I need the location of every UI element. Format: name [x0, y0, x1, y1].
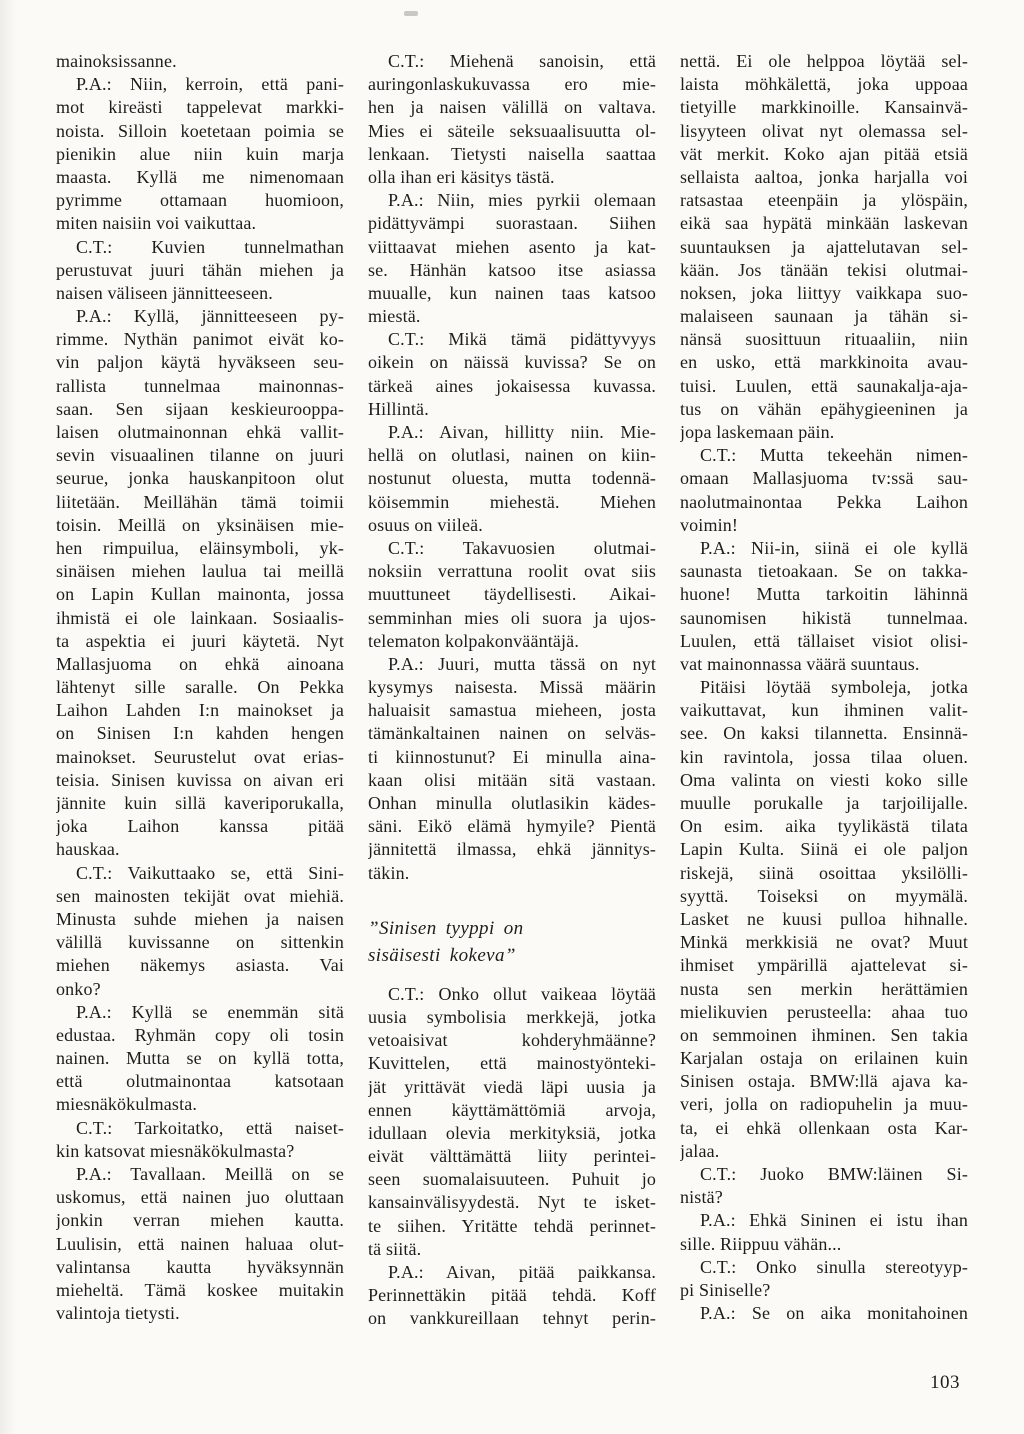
text-line: suuntauksen ja ajattelutavan sel-: [680, 236, 968, 259]
text-line: haluaisit samastua mieheen, josta: [368, 699, 656, 722]
text-line: hellä on olutlasi, nainen on kiin-: [368, 444, 656, 467]
text-line: kysymys naisesta. Missä määrin: [368, 676, 656, 699]
text-line: vaikuttavat, kun ihminen valit-: [680, 699, 968, 722]
text-line: pidättyvämpi suorastaan. Siihen: [368, 212, 656, 235]
text-line: syyttä. Toiseksi on myymälä.: [680, 885, 968, 908]
text-column-2: C.T.: Miehenä sanoisin, ettäauringonlask…: [368, 50, 656, 1331]
text-line: C.T.: Vaikuttaako se, että Sini-: [56, 862, 344, 885]
text-line: jonkin verran miehen kautta.: [56, 1209, 344, 1232]
text-line: että olutmainontaa katsotaan: [56, 1070, 344, 1093]
text-line: sinäisen miehen laulua tai meillä: [56, 560, 344, 583]
page-number: 103: [930, 1372, 960, 1394]
text-line: sen mainosten tekijät ovat miehiä.: [56, 885, 344, 908]
text-line: pi Siniselle?: [680, 1279, 968, 1302]
text-line: On esim. aika tyylikästä tilata: [680, 815, 968, 838]
text-line: vetoaisivat kohderyhmäänne?: [368, 1029, 656, 1052]
text-line: ihmiset ympärillä ajattelevat si-: [680, 954, 968, 977]
text-line: maasta. Kyllä me nimenomaan: [56, 166, 344, 189]
text-line: kansainvälisyydestä. Nyt te isket-: [368, 1191, 656, 1214]
text-line: tietyille markkinoille. Kansainvä-: [680, 96, 968, 119]
text-line: on vankkureillaan tehnyt perin-: [368, 1307, 656, 1330]
text-line: uskomus, että nainen juo oluttaan: [56, 1186, 344, 1209]
text-line: Pitäisi löytää symboleja, jotka: [680, 676, 968, 699]
text-line: te siihen. Yritätte tehdä perinnet-: [368, 1215, 656, 1238]
text-line: viittaavat miehen asento ja kat-: [368, 236, 656, 259]
text-line: edustaa. Ryhmän copy oli tosin: [56, 1024, 344, 1047]
text-line: jopa laskemaan päin.: [680, 421, 968, 444]
text-line: jalaa.: [680, 1140, 968, 1163]
text-line: omaan Mallasjuoma tv:ssä sau-: [680, 467, 968, 490]
text-line: huone! Mutta tarkoitin lähinnä: [680, 583, 968, 606]
text-line: Karjalan ostaja on erilainen kuin: [680, 1047, 968, 1070]
text-line: laista möhkälettä, joka uppoaa: [680, 73, 968, 96]
text-line: naisen väliseen jännitteeseen.: [56, 282, 344, 305]
text-line: C.T.: Onko sinulla stereotyyp-: [680, 1256, 968, 1279]
text-line: kään. Jos tänään tekisi olutmai-: [680, 259, 968, 282]
text-line: Perinnettäkin pitää tehdä. Koff: [368, 1284, 656, 1307]
text-line: semminhan mies oli suora ja ujos-: [368, 607, 656, 630]
text-line: Onhan minulla olutlasikin kädes-: [368, 792, 656, 815]
text-line: noista. Silloin koetetaan poimia se: [56, 120, 344, 143]
text-line: P.A.: Tavallaan. Meillä on se: [56, 1163, 344, 1186]
text-line: P.A.: Aivan, pitää paikkansa.: [368, 1261, 656, 1284]
text-line: auringonlaskukuvassa ero mie-: [368, 73, 656, 96]
text-line: C.T.: Tarkoitatko, että naiset-: [56, 1117, 344, 1140]
text-line: P.A.: Ehkä Sininen ei istu ihan: [680, 1209, 968, 1232]
text-line: jännite kuin sillä kaveriporukalla,: [56, 792, 344, 815]
text-line: C.T.: Miehenä sanoisin, että: [368, 50, 656, 73]
text-line: tuisi. Luulen, että saunakalja-aja-: [680, 375, 968, 398]
text-line: C.T.: Kuvien tunnelmathan: [56, 236, 344, 259]
text-line: pienikin alue niin kuin marja: [56, 143, 344, 166]
text-line: olla ihan eri käsitys tästä.: [368, 166, 656, 189]
text-line: perustuvat juuri tähän miehen ja: [56, 259, 344, 282]
text-line: saunasta tietoakaan. Se on takka-: [680, 560, 968, 583]
text-line: vat mainonnassa väärä suuntaus.: [680, 653, 968, 676]
pull-quote-line: ”Sinisen tyyppi on: [368, 915, 656, 942]
text-line: miehen näkemys asiasta. Vai: [56, 954, 344, 977]
text-line: P.A.: Nii-in, siinä ei ole kyllä: [680, 537, 968, 560]
text-line: C.T.: Mutta tekeehän nimen-: [680, 444, 968, 467]
text-line: mot kireästi tappelevat markki-: [56, 96, 344, 119]
magazine-page: mainoksissanne.P.A.: Niin, kerroin, että…: [0, 0, 1024, 1434]
text-line: sevin visuaalinen tilanne on juuri: [56, 444, 344, 467]
text-line: Luulen, että tällaiset visiot olisi-: [680, 630, 968, 653]
text-line: mielikuvien perusteella: ahaa tuo: [680, 1001, 968, 1024]
text-line: valintoja tietysti.: [56, 1302, 344, 1325]
text-line: Minkä merkkisiä ne ovat? Muut: [680, 931, 968, 954]
text-line: saunomisen hikistä tunnelmaa.: [680, 607, 968, 630]
text-line: noksiin verrattuna roolit ovat siis: [368, 560, 656, 583]
text-column-1: mainoksissanne.P.A.: Niin, kerroin, että…: [56, 50, 344, 1331]
text-line: on Sinisen I:n kahden hengen: [56, 722, 344, 745]
text-line: nistä?: [680, 1186, 968, 1209]
text-line: see. On kaksi tilannetta. Ensinnä-: [680, 722, 968, 745]
text-line: ti kiinnostunut? Ei minulla aina-: [368, 746, 656, 769]
text-line: lähtenyt sille saralle. On Pekka: [56, 676, 344, 699]
text-line: Sinisen ostaja. BMW:llä ajava ka-: [680, 1070, 968, 1093]
text-line: miestä.: [368, 305, 656, 328]
text-line: Hillintä.: [368, 398, 656, 421]
pull-quote-line: sisäisesti kokeva”: [368, 942, 656, 969]
text-line: joka Laihon kanssa pitää: [56, 815, 344, 838]
text-line: C.T.: Mikä tämä pidättyvyys: [368, 328, 656, 351]
text-line: nostunut oluesta, mutta todennä-: [368, 467, 656, 490]
text-line: Minusta suhde miehen ja naisen: [56, 908, 344, 931]
text-line: C.T.: Takavuosien olutmai-: [368, 537, 656, 560]
text-line: hauskaa.: [56, 838, 344, 861]
text-line: telematon kolpakonvääntäjä.: [368, 630, 656, 653]
text-line: miesnäkökulmasta.: [56, 1093, 344, 1116]
text-line: muualle, kun nainen taas katsoo: [368, 282, 656, 305]
text-line: P.A.: Niin, kerroin, että pani-: [56, 73, 344, 96]
text-line: seen suomalaisuuteen. Puhuit jo: [368, 1168, 656, 1191]
text-columns: mainoksissanne.P.A.: Niin, kerroin, että…: [0, 0, 1024, 1331]
text-line: uusia symbolisia merkkejä, jotka: [368, 1006, 656, 1029]
text-line: Lapin Kulta. Siinä ei ole paljon: [680, 838, 968, 861]
text-line: P.A.: Aivan, hillitty niin. Mie-: [368, 421, 656, 444]
text-line: valintansa kautta hyväksynnän: [56, 1256, 344, 1279]
text-line: osuus on viileä.: [368, 514, 656, 537]
text-line: liitetään. Meillähän tämä toimii: [56, 491, 344, 514]
text-line: ennen käyttämättömiä arvoja,: [368, 1099, 656, 1122]
text-line: idullaan olevia merkityksiä, jotka: [368, 1122, 656, 1145]
text-line: köisemmin miehestä. Miehen: [368, 491, 656, 514]
text-line: Lasket ne kuusi pulloa hihnalle.: [680, 908, 968, 931]
text-line: eikä saa hypätä minkään laskevan: [680, 212, 968, 235]
text-line: en usko, että markkinoita avau-: [680, 351, 968, 374]
text-line: ta aspektia ei juuri käytetä. Nyt: [56, 630, 344, 653]
text-line: tämänkaltainen nainen on selväs-: [368, 722, 656, 745]
text-line: P.A.: Kyllä se enemmän sitä: [56, 1001, 344, 1024]
text-line: muuttuneet täydellisesti. Aikai-: [368, 583, 656, 606]
text-line: vät merkit. Koko ajan pitää etsiä: [680, 143, 968, 166]
text-line: hen rimpuilua, eläinsymboli, yk-: [56, 537, 344, 560]
text-line: on semmoinen ihminen. Sen takia: [680, 1024, 968, 1047]
text-line: se. Hänhän katsoo itse asiassa: [368, 259, 656, 282]
text-line: oikein on näissä kuvissa? Se on: [368, 351, 656, 374]
text-line: onko?: [56, 978, 344, 1001]
text-line: muulle porukalle ja tarjoilijalle.: [680, 792, 968, 815]
text-line: tä siitä.: [368, 1238, 656, 1261]
text-line: Mies ei säteile seksuaalisuutta ol-: [368, 120, 656, 143]
text-line: toisin. Meillä on yksinäisen mie-: [56, 514, 344, 537]
text-line: nänsä suosittuun rituaaliin, niin: [680, 328, 968, 351]
text-line: C.T.: Onko ollut vaikeaa löytää: [368, 983, 656, 1006]
text-line: jännitettä ilmassa, ehkä jännitys-: [368, 838, 656, 861]
text-line: ratsastaa eteenpäin ja ylöspäin,: [680, 189, 968, 212]
text-line: mainoksissanne.: [56, 50, 344, 73]
text-line: voimin!: [680, 514, 968, 537]
text-column-3: nettä. Ei ole helppoa löytää sel-laista …: [680, 50, 968, 1331]
text-line: eivät välttämättä liity perintei-: [368, 1145, 656, 1168]
text-line: riskejä, siinä osoittaa yksilölli-: [680, 862, 968, 885]
text-line: lenkaan. Tietysti naisella saattaa: [368, 143, 656, 166]
text-line: noksen, joka liittyy vaikkapa suo-: [680, 282, 968, 305]
text-line: sille. Riippuu vähän...: [680, 1233, 968, 1256]
text-line: säni. Eikö elämä hymyile? Pientä: [368, 815, 656, 838]
print-artifact: [404, 11, 418, 16]
text-line: ta, ei ehkä ollenkaan osta Kar-: [680, 1117, 968, 1140]
text-line: malaiseen saunaan ja tähän si-: [680, 305, 968, 328]
text-line: P.A.: Se on aika monitahoinen: [680, 1302, 968, 1325]
text-line: ihmistä ei ole lainkaan. Sosiaalis-: [56, 607, 344, 630]
text-line: nettä. Ei ole helppoa löytää sel-: [680, 50, 968, 73]
text-line: veri, jolla on radiopuhelin ja muu-: [680, 1093, 968, 1116]
text-line: rimme. Nythän panimot eivät ko-: [56, 328, 344, 351]
text-line: mainokset. Seurustelut ovat erias-: [56, 746, 344, 769]
text-line: miten naisiin voi vaikuttaa.: [56, 212, 344, 235]
text-line: Luulisin, että nainen haluaa olut-: [56, 1233, 344, 1256]
text-line: hen ja naisen välillä on valtava.: [368, 96, 656, 119]
text-line: välillä kuvissanne on sittenkin: [56, 931, 344, 954]
text-line: vin paljon käytä hyväkseen seu-: [56, 351, 344, 374]
text-line: nainen. Mutta se on kyllä totta,: [56, 1047, 344, 1070]
text-line: mieheltä. Tämä koskee muitakin: [56, 1279, 344, 1302]
text-line: Mallasjuoma on ehkä ainoana: [56, 653, 344, 676]
text-line: P.A.: Niin, mies pyrkii olemaan: [368, 189, 656, 212]
text-line: seurue, jonka hauskanpitoon olut: [56, 467, 344, 490]
text-line: Kuvittelen, että mainostyönteki-: [368, 1052, 656, 1075]
text-line: saan. Sen sijaan keskieurooppa-: [56, 398, 344, 421]
text-line: on Lapin Kullan mainonta, jossa: [56, 583, 344, 606]
text-line: P.A.: Kyllä, jännitteeseen py-: [56, 305, 344, 328]
text-line: kin ravintola, jossa tilaa oluen.: [680, 746, 968, 769]
text-line: naolutmainontaa Pekka Laihon: [680, 491, 968, 514]
text-line: kin katsovat miesnäkökulmasta?: [56, 1140, 344, 1163]
text-line: pyrimme ottamaan huomioon,: [56, 189, 344, 212]
text-line: nusta sen merkin herättämien: [680, 978, 968, 1001]
text-line: lisyyteen olivat nyt olemassa sel-: [680, 120, 968, 143]
text-line: sellaista aaltoa, jonka harjalla voi: [680, 166, 968, 189]
text-line: P.A.: Juuri, mutta tässä on nyt: [368, 653, 656, 676]
text-line: rallista tunnelmaa mainonnas-: [56, 375, 344, 398]
text-line: täkin.: [368, 862, 656, 885]
text-line: tärkeä aines jokaisessa kuvassa.: [368, 375, 656, 398]
text-line: teisia. Sinisen kuvissa on aivan eri: [56, 769, 344, 792]
text-line: kaan olisi mitään sitä vastaan.: [368, 769, 656, 792]
text-line: tus on vähän epähygieeninen ja: [680, 398, 968, 421]
text-line: jät yrittävät viedä läpi uusia ja: [368, 1076, 656, 1099]
text-line: laisen olutmainonnan ehkä vallit-: [56, 421, 344, 444]
text-line: Oma valinta on viesti koko sille: [680, 769, 968, 792]
text-line: C.T.: Juoko BMW:läinen Si-: [680, 1163, 968, 1186]
text-line: Laihon Lahden I:n mainokset ja: [56, 699, 344, 722]
